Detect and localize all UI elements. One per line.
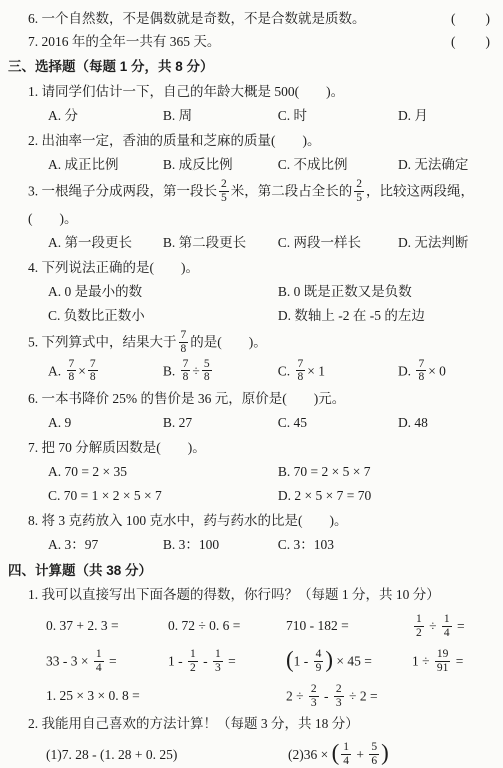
option-d: D. 无法确定 — [398, 153, 493, 177]
calc-expression: (2)36 × (14 + 56) — [288, 740, 493, 768]
choice-question-2: 2. 出油率一定，香油的质量和芝麻的质量( )。 A. 成正比例 B. 成反比例… — [8, 129, 493, 177]
calc-expression: 33 - 3 × 14 = — [46, 648, 168, 677]
choice-question-8: 8. 将 3 克药放入 100 克水中，药与药水的比是( )。 A. 3：97 … — [8, 509, 493, 557]
exam-page: 6. 一个自然数，不是偶数就是奇数，不是合数就是质数。 ( ) 7. 2016 … — [0, 0, 503, 768]
question-options: A. 0 是最小的数 B. 0 既是正数又是负数 C. 负数比正数小 D. 数轴… — [8, 280, 493, 328]
option-b: B. 成反比例 — [163, 153, 274, 177]
calc-expression: (1 - 49) × 45 = — [286, 648, 412, 677]
option-c: C. 45 — [278, 411, 394, 435]
calc-expression: 1. 25 × 3 × 0. 8 = — [46, 683, 168, 712]
option-b: B. 70 = 2 × 5 × 7 — [278, 460, 493, 484]
option-a: A. 9 — [48, 411, 159, 435]
question-stem: 7. 把 70 分解质因数是( )。 — [8, 436, 493, 460]
calc-expression: 12 ÷ 14 = — [412, 613, 493, 642]
question-options: A. 9 B. 27 C. 45 D. 48 — [8, 411, 493, 435]
choice-question-1: 1. 请同学们估计一下，自己的年龄大概是 500( )。 A. 分 B. 周 C… — [8, 80, 493, 128]
option-a: A. 0 是最小的数 — [48, 280, 274, 304]
choice-question-6: 6. 一本书降价 25% 的售价是 36 元，原价是( )元。 A. 9 B. … — [8, 387, 493, 435]
calc-sub1-title: 1. 我可以直接写出下面各题的得数，你行吗？（每题 1 分，共 10 分） — [8, 583, 493, 607]
calc-section-title: 四、计算题（共 38 分） — [8, 559, 493, 583]
option-c: C. 3：103 — [278, 533, 394, 557]
option-b: B. 第二段更长 — [163, 231, 274, 255]
question-stem: 8. 将 3 克药放入 100 克水中，药与药水的比是( )。 — [8, 509, 493, 533]
calc-expression — [412, 683, 493, 712]
answer-parens: ( ) — [451, 30, 491, 53]
option-c: C. 不成比例 — [278, 153, 394, 177]
question-options: A. 第一段更长 B. 第二段更长 C. 两段一样长 D. 无法判断 — [8, 231, 493, 255]
calc-expression: 0. 72 ÷ 0. 6 = — [168, 613, 286, 642]
option-d: D. 78× 0 — [398, 358, 493, 387]
question-stem: 4. 下列说法正确的是( )。 — [8, 256, 493, 280]
judge-item: 7. 2016 年的全年一共有 365 天。 ( ) — [8, 30, 493, 53]
question-stem: 2. 出油率一定，香油的质量和芝麻的质量( )。 — [8, 129, 493, 153]
option-a: A. 分 — [48, 104, 159, 128]
question-stem: 6. 一本书降价 25% 的售价是 36 元，原价是( )元。 — [8, 387, 493, 411]
question-stem: 3. 一根绳子分成两段，第一段长25米，第二段占全长的25，比较这两段绳，( )… — [8, 178, 493, 231]
method-calc-row: (1)7. 28 - (1. 28 + 0. 25) (2)36 × (14 +… — [8, 740, 493, 768]
choice-question-7: 7. 把 70 分解质因数是( )。 A. 70 = 2 × 35 B. 70 … — [8, 436, 493, 508]
option-b: B. 周 — [163, 104, 274, 128]
judge-item: 6. 一个自然数，不是偶数就是奇数，不是合数就是质数。 ( ) — [8, 7, 493, 30]
option-c: C. 70 = 1 × 2 × 5 × 7 — [48, 484, 274, 508]
answer-parens: ( ) — [451, 7, 491, 30]
question-options: A. 78×78 B. 78÷58 C. 78× 1 D. 78× 0 — [8, 358, 493, 387]
choice-question-3: 3. 一根绳子分成两段，第一段长25米，第二段占全长的25，比较这两段绳，( )… — [8, 178, 493, 255]
option-a: A. 第一段更长 — [48, 231, 159, 255]
option-a: A. 成正比例 — [48, 153, 159, 177]
option-d: D. 无法判断 — [398, 231, 493, 255]
option-d: D. 48 — [398, 411, 493, 435]
option-a: A. 78×78 — [48, 358, 159, 387]
option-b: B. 27 — [163, 411, 274, 435]
option-d: D. 2 × 5 × 7 = 70 — [278, 484, 493, 508]
calc-expression: 2 ÷ 23 - 23 ÷ 2 = — [286, 683, 412, 712]
calc-expression: 0. 37 + 2. 3 = — [46, 613, 168, 642]
calc-expression — [168, 683, 286, 712]
option-c: C. 78× 1 — [278, 358, 394, 387]
choice-section-title: 三、选择题（每题 1 分，共 8 分） — [8, 55, 493, 79]
question-options: A. 分 B. 周 C. 时 D. 月 — [8, 104, 493, 128]
option-c: C. 时 — [278, 104, 394, 128]
judge-item-text: 6. 一个自然数，不是偶数就是奇数，不是合数就是质数。 — [28, 7, 366, 30]
option-a: A. 70 = 2 × 35 — [48, 460, 274, 484]
question-options: A. 70 = 2 × 35 B. 70 = 2 × 5 × 7 C. 70 =… — [8, 460, 493, 508]
question-options: A. 成正比例 B. 成反比例 C. 不成比例 D. 无法确定 — [8, 153, 493, 177]
option-b: B. 3：100 — [163, 533, 274, 557]
option-c: C. 负数比正数小 — [48, 304, 274, 328]
calc-expression: (1)7. 28 - (1. 28 + 0. 25) — [46, 740, 288, 768]
option-b: B. 78÷58 — [163, 358, 274, 387]
mental-math-grid: 0. 37 + 2. 3 = 0. 72 ÷ 0. 6 = 710 - 182 … — [8, 613, 493, 711]
option-a: A. 3：97 — [48, 533, 159, 557]
calc-expression: 710 - 182 = — [286, 613, 412, 642]
question-stem: 5. 下列算式中，结果大于78的是( )。 — [8, 329, 493, 358]
calc-sub2-title: 2. 我能用自己喜欢的方法计算！（每题 3 分，共 18 分） — [8, 712, 493, 736]
option-c: C. 两段一样长 — [278, 231, 394, 255]
question-options: A. 3：97 B. 3：100 C. 3：103 — [8, 533, 493, 557]
calc-expression: 1 - 12 - 13 = — [168, 648, 286, 677]
question-stem: 1. 请同学们估计一下，自己的年龄大概是 500( )。 — [8, 80, 493, 104]
calc-expression: 1 ÷ 1991 = — [412, 648, 493, 677]
option-d: D. 数轴上 -2 在 -5 的左边 — [278, 304, 493, 328]
choice-question-5: 5. 下列算式中，结果大于78的是( )。 A. 78×78 B. 78÷58 … — [8, 329, 493, 387]
option-d: D. 月 — [398, 104, 493, 128]
judge-item-text: 7. 2016 年的全年一共有 365 天。 — [28, 30, 220, 53]
option-b: B. 0 既是正数又是负数 — [278, 280, 493, 304]
choice-question-4: 4. 下列说法正确的是( )。 A. 0 是最小的数 B. 0 既是正数又是负数… — [8, 256, 493, 328]
